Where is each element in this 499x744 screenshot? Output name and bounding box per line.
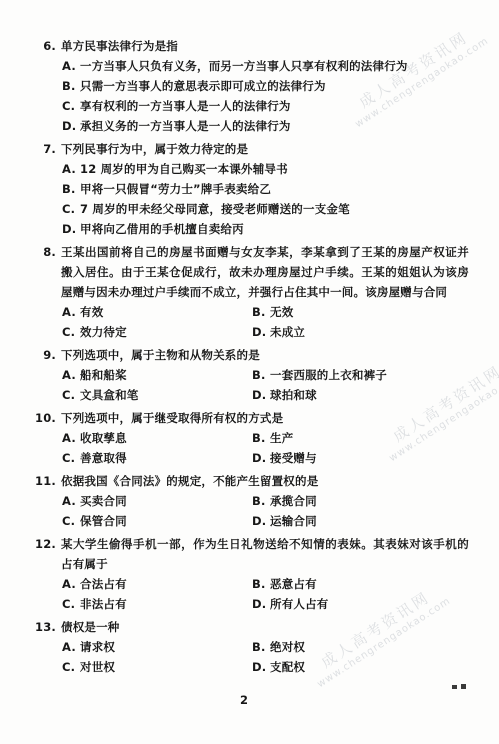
option-label: A. [62,491,76,511]
option-text: 承担义务的一方当事人是一人的法律行为 [80,116,291,136]
option-item: A. 船和船桨 [62,365,252,385]
options-group: A. 合法占有 B. 恶意占有 C. 非法占有 D. 所有人占有 [62,574,469,614]
question-item: 8. 王某出国前将自己的房屋书面赠与女友李某，李某拿到了王某的房屋产权证并搬入居… [0,242,499,342]
options-group: A. 请求权 B. 绝对权 C. 对世权 D. 支配权 [62,637,469,677]
option-label: D. [62,219,76,239]
option-text: 恶意占有 [270,574,317,594]
option-label: A. [62,428,76,448]
option-label: A. [62,637,76,657]
question-row: 6. 单方民事法律行为是指 [0,36,499,56]
option-text: 生产 [270,428,293,448]
option-item: B. 一套西服的上衣和裤子 [252,365,469,385]
question-stem: 王某出国前将自己的房屋书面赠与女友李某，李某拿到了王某的房屋产权证并搬入居住。由… [61,242,469,302]
question-row: 8. 王某出国前将自己的房屋书面赠与女友李某，李某拿到了王某的房屋产权证并搬入居… [0,242,499,302]
option-item: A. 请求权 [62,637,252,657]
option-text: 甲将一只假冒“劳力士”牌手表卖给乙 [80,179,271,199]
question-row: 9. 下列选项中，属于主物和从物关系的是 [0,345,499,365]
option-text: 一方当事人只负有义务，而另一方当事人只享有权利的法律行为 [80,56,408,76]
option-item: C. 效力待定 [62,322,252,342]
options-group: A. 买卖合同 B. 承揽合同 C. 保管合同 D. 运输合同 [62,491,469,531]
question-stem: 某大学生偷得手机一部，作为生日礼物送给不知情的表妹。其表妹对该手机的占有属于 [61,534,469,574]
question-stem: 单方民事法律行为是指 [61,36,469,56]
option-label: D. [62,116,76,136]
option-item: C. 非法占有 [62,594,252,614]
option-text: 非法占有 [80,594,127,614]
question-stem: 依据我国《合同法》的规定，不能产生留置权的是 [61,471,469,491]
question-row: 12. 某大学生偷得手机一部，作为生日礼物送给不知情的表妹。其表妹对该手机的占有… [0,534,499,574]
option-item: A. 12 周岁的甲为自己购买一本课外辅导书 [62,159,469,179]
question-row: 13. 债权是一种 [0,617,499,637]
option-text: 7 周岁的甲未经父母同意，接受老师赠送的一支金笔 [80,199,350,219]
question-item: 11. 依据我国《合同法》的规定，不能产生留置权的是 A. 买卖合同 B. 承揽… [0,471,499,531]
question-number: 12. [35,534,56,574]
option-label: A. [62,56,76,76]
option-text: 支配权 [270,657,305,677]
option-text: 12 周岁的甲为自己购买一本课外辅导书 [80,159,288,179]
option-label: B. [252,574,266,594]
option-item: C. 对世权 [62,657,252,677]
option-text: 一套西服的上衣和裤子 [270,365,387,385]
option-text: 文具盒和笔 [80,385,139,405]
option-label: C. [62,657,76,677]
question-number: 13. [35,617,56,637]
option-item: B. 无效 [252,302,469,322]
option-label: C. [62,385,76,405]
question-stem: 下列选项中，属于继受取得所有权的方式是 [61,408,469,428]
option-label: A. [62,159,76,179]
option-text: 接受赠与 [270,448,317,468]
option-label: B. [62,76,76,96]
option-text: 运输合同 [270,511,317,531]
option-text: 甲将向乙借用的手机擅自卖给丙 [80,219,244,239]
question-item: 9. 下列选项中，属于主物和从物关系的是 A. 船和船桨 B. 一套西服的上衣和… [0,345,499,405]
question-number: 7. [35,139,56,159]
option-text: 承揽合同 [270,491,317,511]
option-item: D. 甲将向乙借用的手机擅自卖给丙 [62,219,469,239]
option-label: D. [252,594,266,614]
question-row: 10. 下列选项中，属于继受取得所有权的方式是 [0,408,499,428]
exam-page: 成人高考资讯网 www.chengrengaokao.com 成人高考资讯网 w… [0,0,499,744]
option-item: A. 收取孳息 [62,428,252,448]
option-item: D. 接受赠与 [252,448,469,468]
question-number: 10. [35,408,56,428]
option-item: A. 合法占有 [62,574,252,594]
options-group: A. 有效 B. 无效 C. 效力待定 D. 未成立 [62,302,469,342]
option-label: B. [252,428,266,448]
option-item: C. 享有权利的一方当事人是一人的法律行为 [62,96,469,116]
option-item: D. 所有人占有 [252,594,469,614]
question-item: 7. 下列民事行为中，属于效力待定的是 A. 12 周岁的甲为自己购买一本课外辅… [0,139,499,239]
question-item: 6. 单方民事法律行为是指 A. 一方当事人只负有义务，而另一方当事人只享有权利… [0,36,499,136]
option-text: 所有人占有 [270,594,329,614]
option-label: D. [252,322,266,342]
option-label: C. [62,448,76,468]
question-stem: 下列选项中，属于主物和从物关系的是 [61,345,469,365]
option-item: C. 保管合同 [62,511,252,531]
option-text: 善意取得 [80,448,127,468]
question-number: 8. [35,242,56,302]
option-label: B. [252,637,266,657]
option-item: C. 文具盒和笔 [62,385,252,405]
option-label: C. [62,511,76,531]
option-label: B. [252,491,266,511]
question-item: 10. 下列选项中，属于继受取得所有权的方式是 A. 收取孳息 B. 生产 C.… [0,408,499,468]
option-label: D. [252,385,266,405]
option-text: 享有权利的一方当事人是一人的法律行为 [80,96,291,116]
options-group: A. 一方当事人只负有义务，而另一方当事人只享有权利的法律行为 B. 只需一方当… [62,56,469,136]
option-label: A. [62,302,76,322]
question-stem: 债权是一种 [61,617,469,637]
option-text: 保管合同 [80,511,127,531]
option-text: 未成立 [270,322,305,342]
option-text: 船和船桨 [80,365,127,385]
option-text: 合法占有 [80,574,127,594]
option-item: B. 恶意占有 [252,574,469,594]
option-label: A. [62,574,76,594]
option-label: B. [252,365,266,385]
option-item: B. 甲将一只假冒“劳力士”牌手表卖给乙 [62,179,469,199]
option-label: A. [62,365,76,385]
option-text: 效力待定 [80,322,127,342]
option-label: D. [252,448,266,468]
option-label: B. [62,179,76,199]
option-item: C. 7 周岁的甲未经父母同意，接受老师赠送的一支金笔 [62,199,469,219]
option-item: B. 承揽合同 [252,491,469,511]
option-item: B. 绝对权 [252,637,469,657]
option-item: A. 买卖合同 [62,491,252,511]
questions-list: 6. 单方民事法律行为是指 A. 一方当事人只负有义务，而另一方当事人只享有权利… [0,36,499,677]
option-text: 球拍和球 [270,385,317,405]
option-item: A. 一方当事人只负有义务，而另一方当事人只享有权利的法律行为 [62,56,469,76]
question-item: 12. 某大学生偷得手机一部，作为生日礼物送给不知情的表妹。其表妹对该手机的占有… [0,534,499,614]
option-item: D. 承担义务的一方当事人是一人的法律行为 [62,116,469,136]
options-group: A. 12 周岁的甲为自己购买一本课外辅导书 B. 甲将一只假冒“劳力士”牌手表… [62,159,469,239]
option-item: A. 有效 [62,302,252,322]
option-label: C. [62,96,76,116]
question-number: 6. [35,36,56,56]
option-label: C. [62,199,76,219]
option-item: D. 支配权 [252,657,469,677]
option-item: C. 善意取得 [62,448,252,468]
question-item: 13. 债权是一种 A. 请求权 B. 绝对权 C. 对世权 D. 支配权 [0,617,499,677]
option-item: B. 生产 [252,428,469,448]
option-label: B. [252,302,266,322]
option-item: D. 未成立 [252,322,469,342]
option-label: D. [252,657,266,677]
option-text: 对世权 [80,657,115,677]
option-item: D. 球拍和球 [252,385,469,405]
question-row: 7. 下列民事行为中，属于效力待定的是 [0,139,499,159]
option-text: 买卖合同 [80,491,127,511]
page-number: 2 [240,693,248,707]
question-row: 11. 依据我国《合同法》的规定，不能产生留置权的是 [0,471,499,491]
option-item: B. 只需一方当事人的意思表示即可成立的法律行为 [62,76,469,96]
option-text: 请求权 [80,637,115,657]
scan-artifact-mark [452,682,468,690]
option-text: 只需一方当事人的意思表示即可成立的法律行为 [80,76,326,96]
options-group: A. 船和船桨 B. 一套西服的上衣和裤子 C. 文具盒和笔 D. 球拍和球 [62,365,469,405]
option-text: 收取孳息 [80,428,127,448]
option-text: 有效 [80,302,103,322]
question-stem: 下列民事行为中，属于效力待定的是 [61,139,469,159]
option-label: C. [62,594,76,614]
option-item: D. 运输合同 [252,511,469,531]
option-text: 绝对权 [270,637,305,657]
option-text: 无效 [270,302,293,322]
options-group: A. 收取孳息 B. 生产 C. 善意取得 D. 接受赠与 [62,428,469,468]
option-label: D. [252,511,266,531]
question-number: 11. [35,471,56,491]
question-number: 9. [35,345,56,365]
option-label: C. [62,322,76,342]
